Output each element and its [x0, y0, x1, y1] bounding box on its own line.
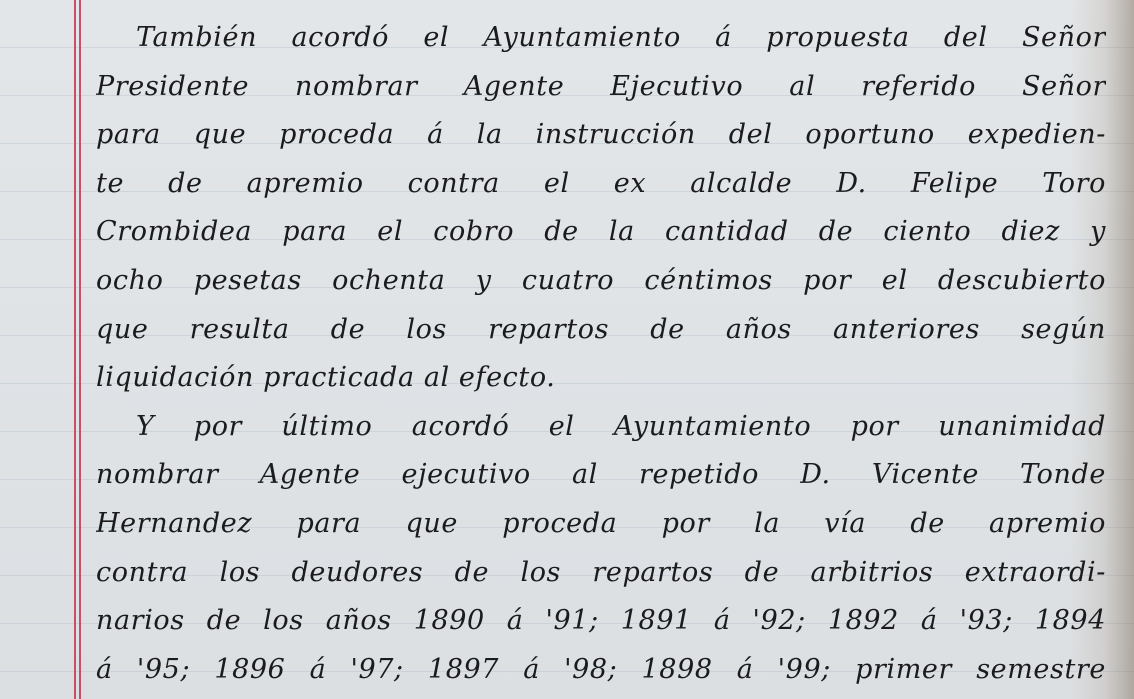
text-line: para que proceda á la instrucción del op…: [96, 111, 1106, 160]
text-line: narios de los años 1890 á '91; 1891 á '9…: [96, 597, 1106, 646]
handwritten-text-block: También acordó el Ayuntamiento á propues…: [96, 14, 1106, 694]
text-line: te de apremio contra el ex alcalde D. Fe…: [96, 160, 1106, 209]
text-line: ocho pesetas ochenta y cuatro céntimos p…: [96, 257, 1106, 306]
text-line: Y por último acordó el Ayuntamiento por …: [96, 403, 1106, 452]
margin-line-outer: [74, 0, 76, 699]
manuscript-page: También acordó el Ayuntamiento á propues…: [0, 0, 1134, 699]
margin-line-inner: [79, 0, 81, 699]
text-line: Presidente nombrar Agente Ejecutivo al r…: [96, 63, 1106, 112]
text-line: que resulta de los repartos de años ante…: [96, 306, 1106, 355]
text-line: Crombidea para el cobro de la cantidad d…: [96, 208, 1106, 257]
text-line: Hernandez para que proceda por la vía de…: [96, 500, 1106, 549]
paragraph-1: También acordó el Ayuntamiento á propues…: [96, 14, 1106, 403]
text-line: nombrar Agente ejecutivo al repetido D. …: [96, 451, 1106, 500]
text-line: á '95; 1896 á '97; 1897 á '98; 1898 á '9…: [96, 646, 1106, 695]
paragraph-2: Y por último acordó el Ayuntamiento por …: [96, 403, 1106, 695]
text-line: liquidación practicada al efecto.: [96, 354, 1106, 403]
text-line: contra los deudores de los repartos de a…: [96, 549, 1106, 598]
text-line: También acordó el Ayuntamiento á propues…: [96, 14, 1106, 63]
